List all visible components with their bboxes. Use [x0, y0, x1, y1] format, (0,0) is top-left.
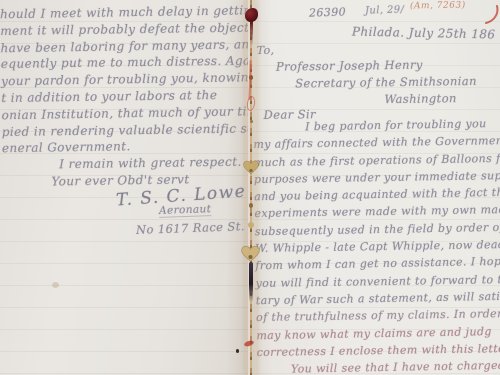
- signature-title: Aeronaut: [159, 203, 212, 218]
- registry-date: Jul, 29/: [365, 4, 405, 16]
- right-page-text: I beg pardon for troubling youmy affairs…: [253, 115, 500, 375]
- seam-spot: [248, 222, 254, 228]
- dateline: Philada. July 25th 186: [352, 24, 496, 41]
- handwritten-line: You will see that I have not charged: [257, 357, 500, 375]
- red-corner-pen-mark: [484, 5, 500, 25]
- handwritten-line: may know what my claims are and judg: [256, 322, 500, 344]
- wax-drip: [250, 20, 253, 46]
- address-title: Secretary of the Smithsonian: [295, 74, 477, 91]
- handwritten-line: have been laboring for many years, and: [0, 36, 248, 57]
- letter-page-left: hould I meet with much delay in gettingm…: [0, 0, 248, 375]
- seam-spot: [250, 120, 253, 123]
- manuscript-scan: hould I meet with much delay in gettingm…: [0, 0, 500, 375]
- gutter-shadow-right: [252, 0, 272, 375]
- ink-drip: [249, 262, 253, 302]
- left-page-text: hould I meet with much delay in gettingm…: [0, 2, 248, 190]
- gutter-shadow-left: [226, 0, 248, 375]
- paper-stain: [52, 282, 59, 288]
- ink-spot: [236, 349, 239, 353]
- registry-number: 26390: [309, 5, 346, 19]
- corner-annotation: (Am, 7263): [410, 1, 466, 12]
- seam-spot: [249, 203, 253, 208]
- handwritten-line: onian Institution, that much of your tim…: [1, 103, 248, 124]
- heart-wax-seal-upper: [243, 160, 259, 179]
- address-name: Professor Joseph Henry: [276, 58, 423, 74]
- address-city: Washington: [384, 91, 457, 106]
